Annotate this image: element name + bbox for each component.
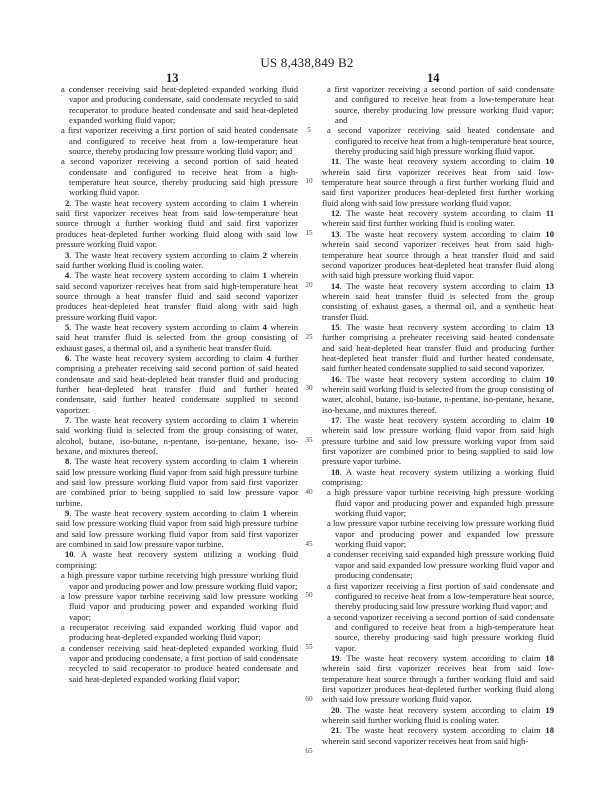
claim-number: 18 [331,467,340,477]
line-number: 15 [302,229,316,237]
claim-reference: 19 [545,705,554,715]
claim-text: . The waste heat recovery system accordi… [340,229,546,239]
claim-element: a first vaporizer receiving a first port… [322,581,554,612]
left-column-claims: a condenser receiving said heat-depleted… [56,84,298,684]
claim-text: . The waste heat recovery system accordi… [340,415,546,425]
claim-text-rest: wherein said first further working fluid… [322,218,515,228]
claim-number: 15 [331,322,340,332]
line-number: 20 [302,281,316,289]
claim-text: . The waste heat recovery system accordi… [69,270,262,280]
claim-element: a recuperator receiving said expanded wo… [56,622,298,643]
claim-element: a high pressure vapor turbine receiving … [56,570,298,591]
claim-number: 13 [331,229,340,239]
line-number: 30 [302,384,316,392]
claim-element: a first vaporizer receiving a first port… [56,125,298,156]
claim-text-rest: wherein said first vaporizer receives he… [322,663,554,704]
claim-element: a second vaporizer receiving a second po… [322,612,554,653]
claim-text-rest: wherein said heat transfer fluid is sele… [322,291,554,322]
claim-text: . The waste heat recovery system accordi… [69,353,266,363]
claim-number: 10 [65,549,74,559]
claim-5: 5. The waste heat recovery system accord… [56,322,298,353]
claim-element: a low pressure vapor turbine receiving s… [56,591,298,622]
claim-12: 12. The waste heat recovery system accor… [322,208,554,229]
claim-element: a second vaporizer receiving said heated… [322,125,554,156]
claim-4: 4. The waste heat recovery system accord… [56,270,298,322]
claim-19: 19. The waste heat recovery system accor… [322,653,554,705]
claim-reference: 10 [545,415,554,425]
claim-text-rest: wherein said second vaporizer receives h… [322,736,528,746]
claim-21: 21. The waste heat recovery system accor… [322,725,554,746]
claim-text: . A waste heat recovery system utilizing… [56,549,298,569]
claim-number: 12 [331,208,340,218]
claim-text: . The waste heat recovery system accordi… [69,508,262,518]
claim-text-rest: wherein said low pressure working fluid … [322,425,554,466]
claim-15: 15. The waste heat recovery system accor… [322,322,554,374]
claim-element: a high pressure vapor turbine receiving … [322,487,554,518]
claim-text-rest: wherein said working fluid is selected f… [322,384,554,415]
claim-reference: 13 [545,281,554,291]
line-number: 5 [302,126,316,134]
claim-number: 20 [331,705,340,715]
claim-10: 10. A waste heat recovery system utilizi… [56,549,298,570]
claim-reference: 10 [545,156,554,166]
claim-text: . The waste heat recovery system accordi… [69,456,262,466]
claim-text: . The waste heat recovery system accordi… [340,374,546,384]
claim-text: . The waste heat recovery system accordi… [340,208,546,218]
claim-text-rest: further comprising a preheater receiving… [322,332,554,373]
claim-9: 9. The waste heat recovery system accord… [56,508,298,549]
line-number: 35 [302,436,316,444]
claim-text: . The waste heat recovery system accordi… [340,725,546,735]
claim-3: 3. The waste heat recovery system accord… [56,250,298,271]
line-number: 65 [302,747,316,755]
line-number: 10 [302,177,316,185]
claim-number: 21 [331,725,340,735]
claim-16: 16. The waste heat recovery system accor… [322,374,554,415]
claim-18: 18. A waste heat recovery system utilizi… [322,467,554,488]
claim-8: 8. The waste heat recovery system accord… [56,456,298,508]
claim-text: . The waste heat recovery system accordi… [339,156,545,166]
line-number: 55 [302,643,316,651]
claim-7: 7. The waste heat recovery system accord… [56,415,298,456]
claim-text: . A waste heat recovery system utilizing… [322,467,554,487]
claim-reference: 11 [546,208,554,218]
claim-reference: 10 [545,229,554,239]
line-number: 45 [302,540,316,548]
claim-number: 14 [331,281,340,291]
claim-reference: 13 [545,322,554,332]
claim-element: a condenser receiving said expanded high… [322,549,554,580]
claim-text: . The waste heat recovery system accordi… [340,705,546,715]
claim-element: a second vaporizer receiving a second po… [56,156,298,197]
line-number: 25 [302,333,316,341]
claim-text: . The waste heat recovery system accordi… [340,653,546,663]
claim-number: 16 [331,374,340,384]
line-number: 60 [302,695,316,703]
claim-6: 6. The waste heat recovery system accord… [56,353,298,415]
claim-text: . The waste heat recovery system accordi… [69,415,262,425]
claim-20: 20. The waste heat recovery system accor… [322,705,554,726]
claim-text: . The waste heat recovery system accordi… [69,250,262,260]
claim-number: 11 [331,156,339,166]
claim-17: 17. The waste heat recovery system accor… [322,415,554,467]
claim-reference: 18 [545,725,554,735]
claim-reference: 10 [545,374,554,384]
claim-text: . The waste heat recovery system accordi… [69,198,262,208]
claim-text: . The waste heat recovery system accordi… [340,281,546,291]
claim-text-rest: wherein said first vaporizer receives he… [322,167,554,208]
right-column-claims: a first vaporizer receiving a second por… [322,84,554,746]
line-number: 40 [302,488,316,496]
claim-text: . The waste heat recovery system accordi… [340,322,546,332]
claim-11: 11. The waste heat recovery system accor… [322,156,554,208]
claim-element: a first vaporizer receiving a second por… [322,84,554,125]
patent-number: US 8,438,849 B2 [0,55,614,71]
claim-text-rest: wherein said second vaporizer receives h… [322,239,554,280]
claim-reference: 18 [545,653,554,663]
claim-14: 14. The waste heat recovery system accor… [322,281,554,322]
claim-text-rest: wherein said further working fluid is co… [322,715,499,725]
claim-number: 19 [331,653,340,663]
claim-number: 17 [331,415,340,425]
claim-element: a condenser receiving said heat-depleted… [56,643,298,684]
claim-13: 13. The waste heat recovery system accor… [322,229,554,281]
line-number: 50 [302,591,316,599]
claim-element: a low pressure vapor turbine receiving l… [322,518,554,549]
claim-2: 2. The waste heat recovery system accord… [56,198,298,250]
claim-element: a condenser receiving said heat-depleted… [56,84,298,125]
claim-text: . The waste heat recovery system accordi… [69,322,262,332]
